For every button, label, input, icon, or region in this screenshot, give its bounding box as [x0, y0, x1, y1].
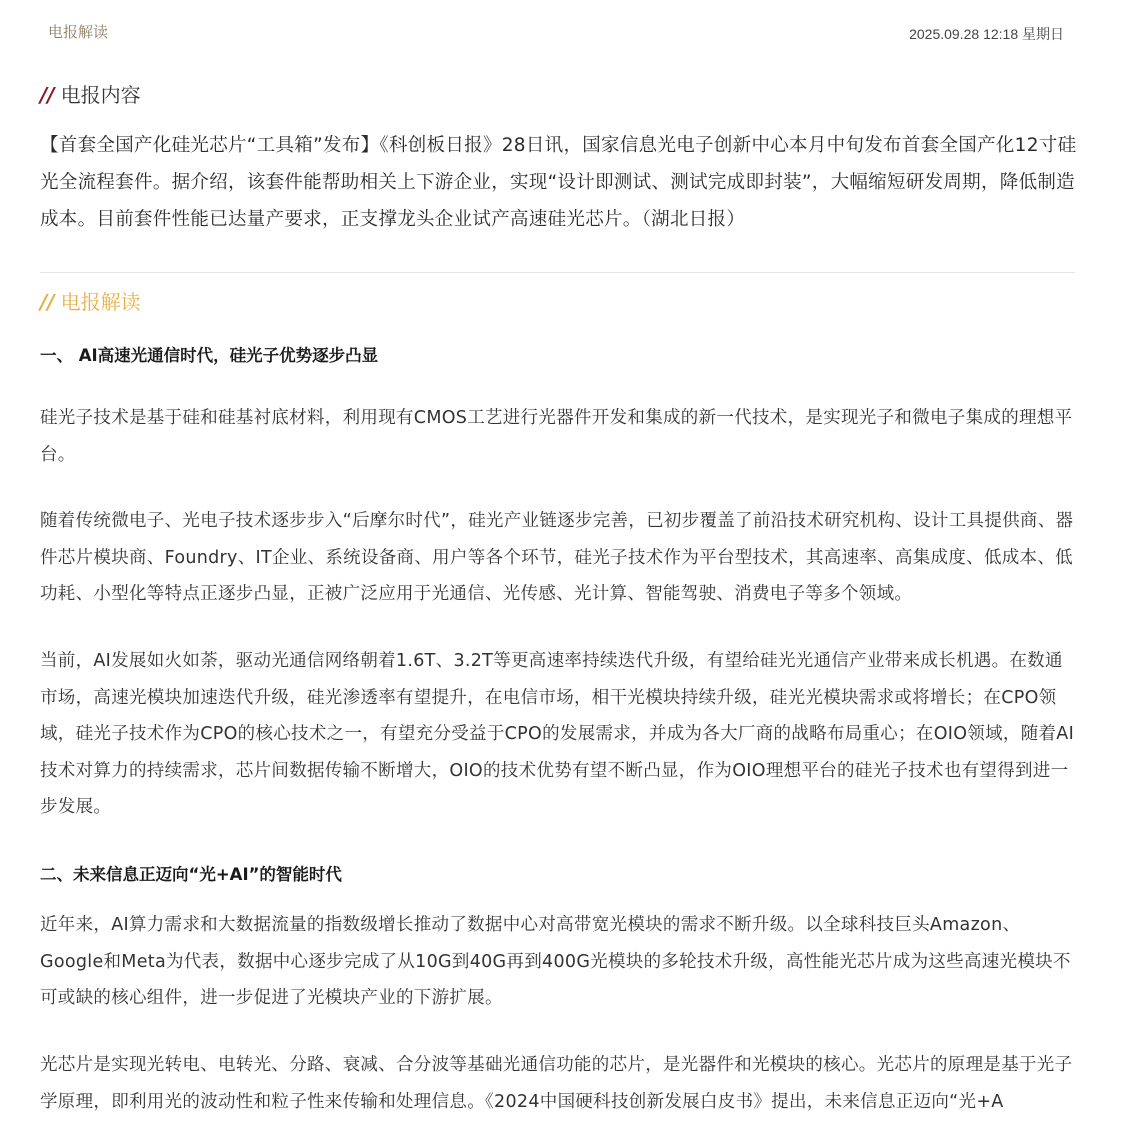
section-title-content: //电报内容 — [40, 79, 141, 108]
slash-icon: // — [40, 290, 55, 314]
analysis-paragraph: 近年来，AI算力需求和大数据流量的指数级增长推动了数据中心对高带宽光模块的需求不… — [40, 907, 1080, 1017]
telegram-text: 【首套全国产化硅光芯片“工具箱”发布】《科创板日报》28日讯，国家信息光电子创新… — [40, 127, 1080, 238]
analysis-heading-2: 二、未来信息正迈向“光+AI”的智能时代 — [40, 861, 342, 885]
analysis-paragraph: 光芯片是实现光转电、电转光、分路、衰减、合分波等基础光通信功能的芯片，是光器件和… — [40, 1047, 1080, 1120]
slash-icon: // — [40, 83, 55, 107]
divider — [40, 272, 1075, 273]
analysis-paragraph: 当前，AI发展如火如荼，驱动光通信网络朝着1.6T、3.2T等更高速率持续迭代升… — [40, 643, 1080, 826]
analysis-paragraph: 随着传统微电子、光电子技术逐步步入“后摩尔时代”，硅光产业链逐步完善，已初步覆盖… — [40, 503, 1080, 613]
category-label: 电报解读 — [48, 21, 108, 42]
analysis-heading-1: 一、 AI高速光通信时代，硅光子优势逐步凸显 — [40, 342, 378, 366]
publish-datetime: 2025.09.28 12:18 星期日 — [909, 24, 1064, 44]
section-title-text: 电报内容 — [61, 83, 141, 107]
analysis-paragraph: 硅光子技术是基于硅和硅基衬底材料，利用现有CMOS工艺进行光器件开发和集成的新一… — [40, 400, 1080, 473]
section-title-analysis: //电报解读 — [40, 286, 141, 315]
section-title-text: 电报解读 — [61, 290, 141, 314]
